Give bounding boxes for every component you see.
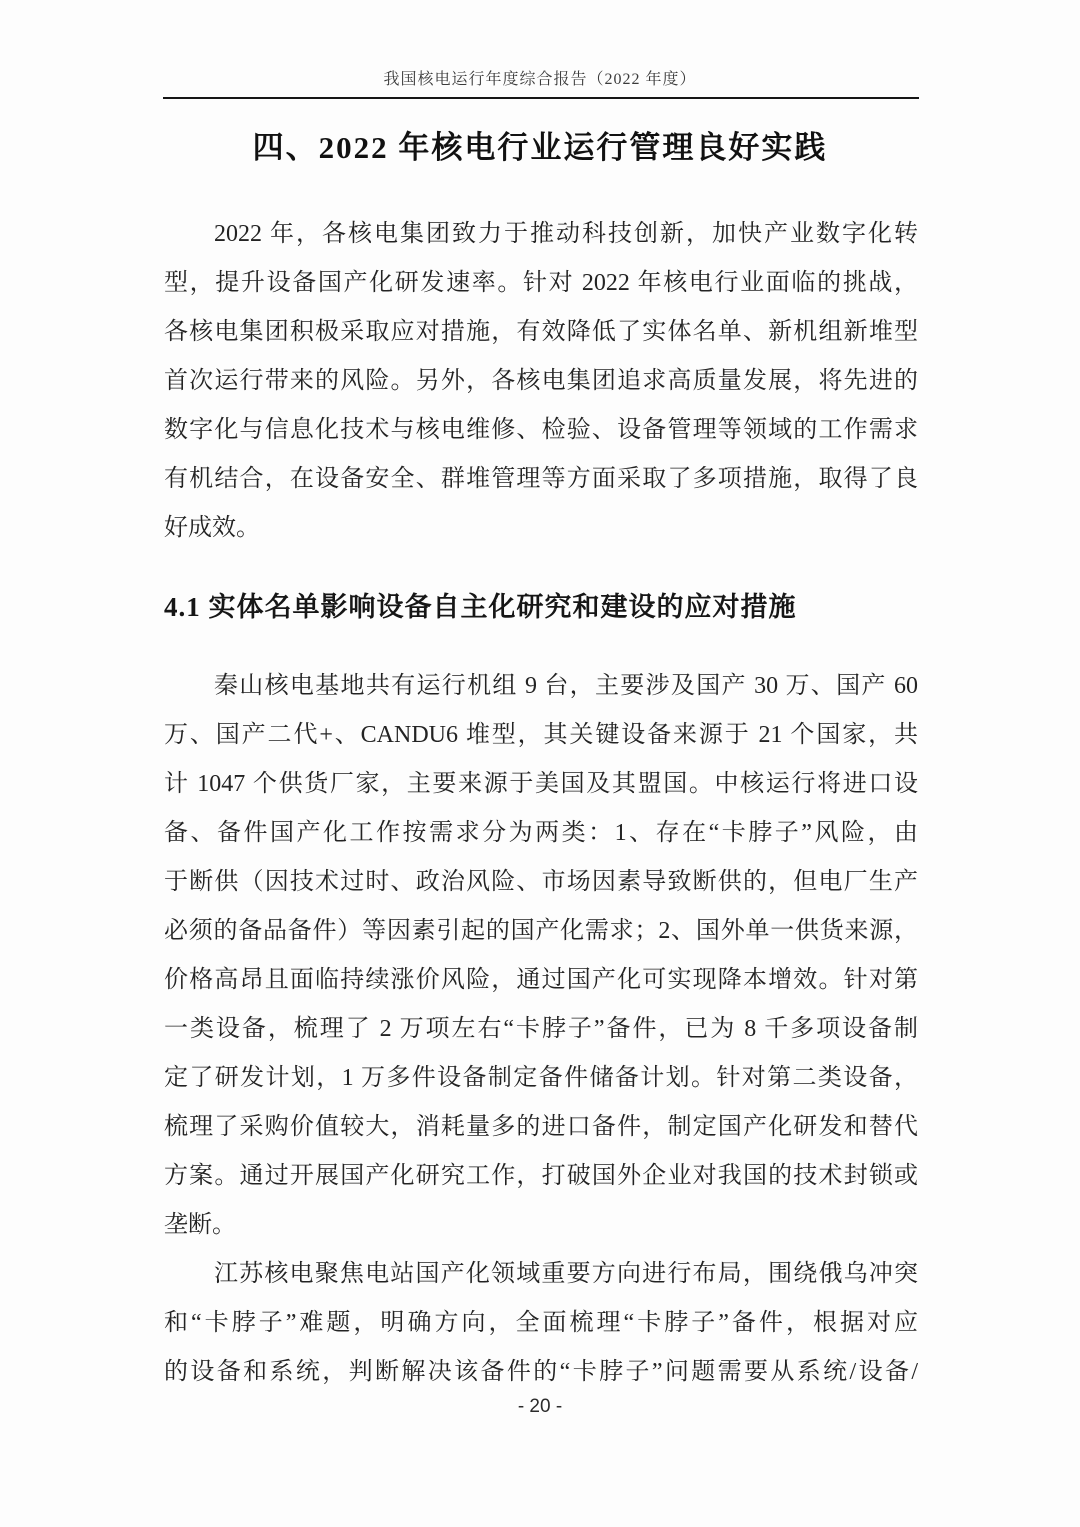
text-line: 一类设备，梳理了 2 万项左右“卡脖子”备件，已为 8 千多项设备制 [164, 1005, 918, 1054]
text-line: 梳理了采购价值较大，消耗量多的进口备件，制定国产化研发和替代 [164, 1103, 918, 1152]
text-line: 数字化与信息化技术与核电维修、检验、设备管理等领域的工作需求 [164, 406, 918, 455]
text-line: 各核电集团积极采取应对措施，有效降低了实体名单、新机组新堆型 [164, 308, 918, 357]
text-line: 秦山核电基地共有运行机组 9 台，主要涉及国产 30 万、国产 60 [164, 662, 918, 711]
text-line: 必须的备品备件）等因素引起的国产化需求；2、国外单一供货来源， [164, 907, 918, 956]
text-line: 好成效。 [164, 504, 918, 553]
header-rule [163, 97, 919, 99]
text-line: 的设备和系统，判断解决该备件的“卡脖子”问题需要从系统/设备/ [164, 1348, 918, 1397]
text-line: 万、国产二代+、CANDU6 堆型，其关键设备来源于 21 个国家，共 [164, 711, 918, 760]
text-line: 江苏核电聚焦电站国产化领域重要方向进行布局，围绕俄乌冲突 [164, 1250, 918, 1299]
running-header: 我国核电运行年度综合报告（2022 年度） [0, 66, 1080, 89]
text-line: 定了研发计划，1 万多件设备制定备件储备计划。针对第二类设备， [164, 1054, 918, 1103]
text-line: 首次运行带来的风险。另外，各核电集团追求高质量发展，将先进的 [164, 357, 918, 406]
page-number: - 20 - [0, 1396, 1080, 1418]
section-heading: 4.1 实体名单影响设备自主化研究和建设的应对措施 [164, 579, 918, 635]
text-line: 方案。通过开展国产化研究工作，打破国外企业对我国的技术封锁或 [164, 1152, 918, 1201]
document-page: 我国核电运行年度综合报告（2022 年度） 四、2022 年核电行业运行管理良好… [0, 0, 1080, 1527]
paragraph-qinshan: 秦山核电基地共有运行机组 9 台，主要涉及国产 30 万、国产 60万、国产二代… [164, 662, 918, 1250]
document-body: 2022 年，各核电集团致力于推动科技创新，加快产业数字化转型，提升设备国产化研… [164, 210, 918, 1397]
paragraph-jiangsu: 江苏核电聚焦电站国产化领域重要方向进行布局，围绕俄乌冲突和“卡脖子”难题，明确方… [164, 1250, 918, 1397]
text-line: 于断供（因技术过时、政治风险、市场因素导致断供的，但电厂生产 [164, 858, 918, 907]
text-line: 型，提升设备国产化研发速率。针对 2022 年核电行业面临的挑战， [164, 259, 918, 308]
text-line: 和“卡脖子”难题，明确方向，全面梳理“卡脖子”备件，根据对应 [164, 1299, 918, 1348]
text-line: 有机结合，在设备安全、群堆管理等方面采取了多项措施，取得了良 [164, 455, 918, 504]
page-title: 四、2022 年核电行业运行管理良好实践 [0, 122, 1080, 167]
text-line: 备、备件国产化工作按需求分为两类：1、存在“卡脖子”风险，由 [164, 809, 918, 858]
text-line: 价格高昂且面临持续涨价风险，通过国产化可实现降本增效。针对第 [164, 956, 918, 1005]
text-line: 2022 年，各核电集团致力于推动科技创新，加快产业数字化转 [164, 210, 918, 259]
text-line: 垄断。 [164, 1201, 918, 1250]
paragraph-intro: 2022 年，各核电集团致力于推动科技创新，加快产业数字化转型，提升设备国产化研… [164, 210, 918, 553]
text-line: 计 1047 个供货厂家，主要来源于美国及其盟国。中核运行将进口设 [164, 760, 918, 809]
